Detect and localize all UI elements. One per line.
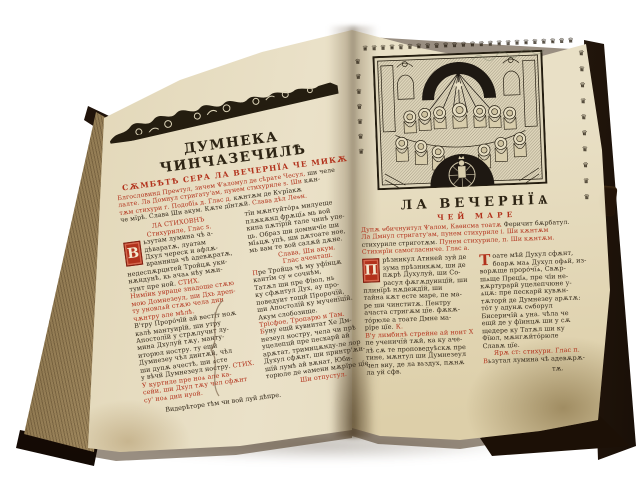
crown-fleuron-stamp: ♛ — [523, 39, 530, 46]
crown-fleuron-stamp: ♛ — [505, 40, 512, 47]
crown-fleuron-stamp: ♛ — [371, 45, 378, 52]
handwritten-brace-mark — [205, 298, 231, 398]
right-page-content: ♛♛♛♛♛♛♛♛♛♛♛♛♛♛♛♛♛♛♛♛♛♛♛♛ ♛♛♛♛♛♛♛ — [354, 37, 599, 380]
ornate-initial: П — [362, 258, 380, 283]
crown-fleuron-stamp: ♛ — [579, 66, 586, 73]
column-text: В ьзутам лумина чѣ а-дѣваратѫ, луатамДху… — [123, 227, 257, 404]
crown-fleuron-stamp: ♛ — [416, 43, 423, 50]
pentecost-woodcut-illustration — [372, 50, 547, 190]
cosmos-figure — [458, 166, 466, 178]
crown-fleuron-stamp: ♛ — [433, 43, 440, 50]
crown-fleuron-stamp: ♛ — [580, 98, 587, 105]
left-page-content: ДУМНЕКА ЧИНЧАЗЕЧИЛѢ СѪМБѢТѢ СЕРА ЛА ВЕЧЕ… — [106, 81, 384, 417]
crown-fleuron-stamp: ♛ — [354, 59, 361, 66]
crown-fleuron-stamp: ♛ — [355, 74, 362, 81]
crown-fleuron-stamp: ♛ — [487, 41, 494, 48]
crown-fleuron-stamp: ♛ — [407, 44, 414, 51]
crown-fleuron-stamp: ♛ — [514, 40, 521, 47]
crown-fleuron-stamp: ♛ — [584, 194, 591, 201]
column-lines: ьзутам лумина чѣ а-дѣваратѫ, луатамДхул … — [123, 227, 257, 404]
crown-fleuron-stamp: ♛ — [581, 130, 588, 137]
crown-fleuron-stamp: ♛ — [451, 42, 458, 49]
crown-fleuron-stamp: ♛ — [582, 162, 589, 169]
left-column: ЛА СТИХОВНЪСтихуриле, Глас ѕ. В ьзутам л… — [121, 212, 257, 404]
crown-fleuron-stamp: ♛ — [358, 149, 365, 156]
crown-fleuron-stamp: ♛ — [541, 39, 548, 46]
crown-fleuron-stamp: ♛ — [356, 89, 363, 96]
left-column: П рѣзникул Атиней зуй дезума прѣзникѫм, … — [362, 254, 475, 380]
crown-fleuron-stamp: ♛ — [362, 45, 369, 52]
crown-fleuron-stamp: ♛ — [532, 39, 539, 46]
crown-fleuron-stamp: ♛ — [579, 82, 586, 89]
crown-fleuron-stamp: ♛ — [357, 134, 364, 141]
ornate-initial: В — [123, 241, 143, 267]
crown-fleuron-stamp: ♛ — [380, 45, 387, 52]
crown-fleuron-stamp: ♛ — [389, 44, 396, 51]
crown-fleuron-stamp: ♛ — [583, 178, 590, 185]
photo-of-open-antique-book: ДУМНЕКА ЧИНЧАЗЕЧИЛѢ СѪМБѢТѢ СЕРА ЛА ВЕЧЕ… — [0, 0, 640, 480]
faint-ink-inscription — [470, 48, 560, 68]
crown-fleuron-stamp: ♛ — [442, 42, 449, 49]
column-lines: оате мѣй Духул сфѫнт,боарѫ маѧ Духул офѧ… — [479, 249, 591, 365]
crown-fleuron-stamp: ♛ — [581, 114, 588, 121]
crown-fleuron-stamp: ♛ — [550, 38, 557, 45]
crown-fleuron-stamp: ♛ — [558, 38, 565, 45]
crown-fleuron-stamp: ♛ — [578, 50, 585, 57]
crown-fleuron-stamp: ♛ — [582, 146, 589, 153]
crown-fleuron-stamp: ♛ — [425, 43, 432, 50]
crown-fleuron-stamp: ♛ — [398, 44, 405, 51]
crown-fleuron-stamp: ♛ — [357, 119, 364, 126]
right-column: Т оате мѣй Духул сфѫнт,боарѫ маѧ Духул о… — [479, 249, 592, 375]
illustration-with-border: ♛♛♛♛♛♛♛ — [354, 46, 591, 195]
crown-fleuron-stamp: ♛ — [567, 38, 574, 45]
crown-fleuron-stamp: ♛ — [356, 104, 363, 111]
crown-fleuron-stamp: ♛ — [496, 40, 503, 47]
crown-fleuron-stamp: ♛ — [460, 42, 467, 49]
red-initial: Т — [479, 253, 491, 267]
